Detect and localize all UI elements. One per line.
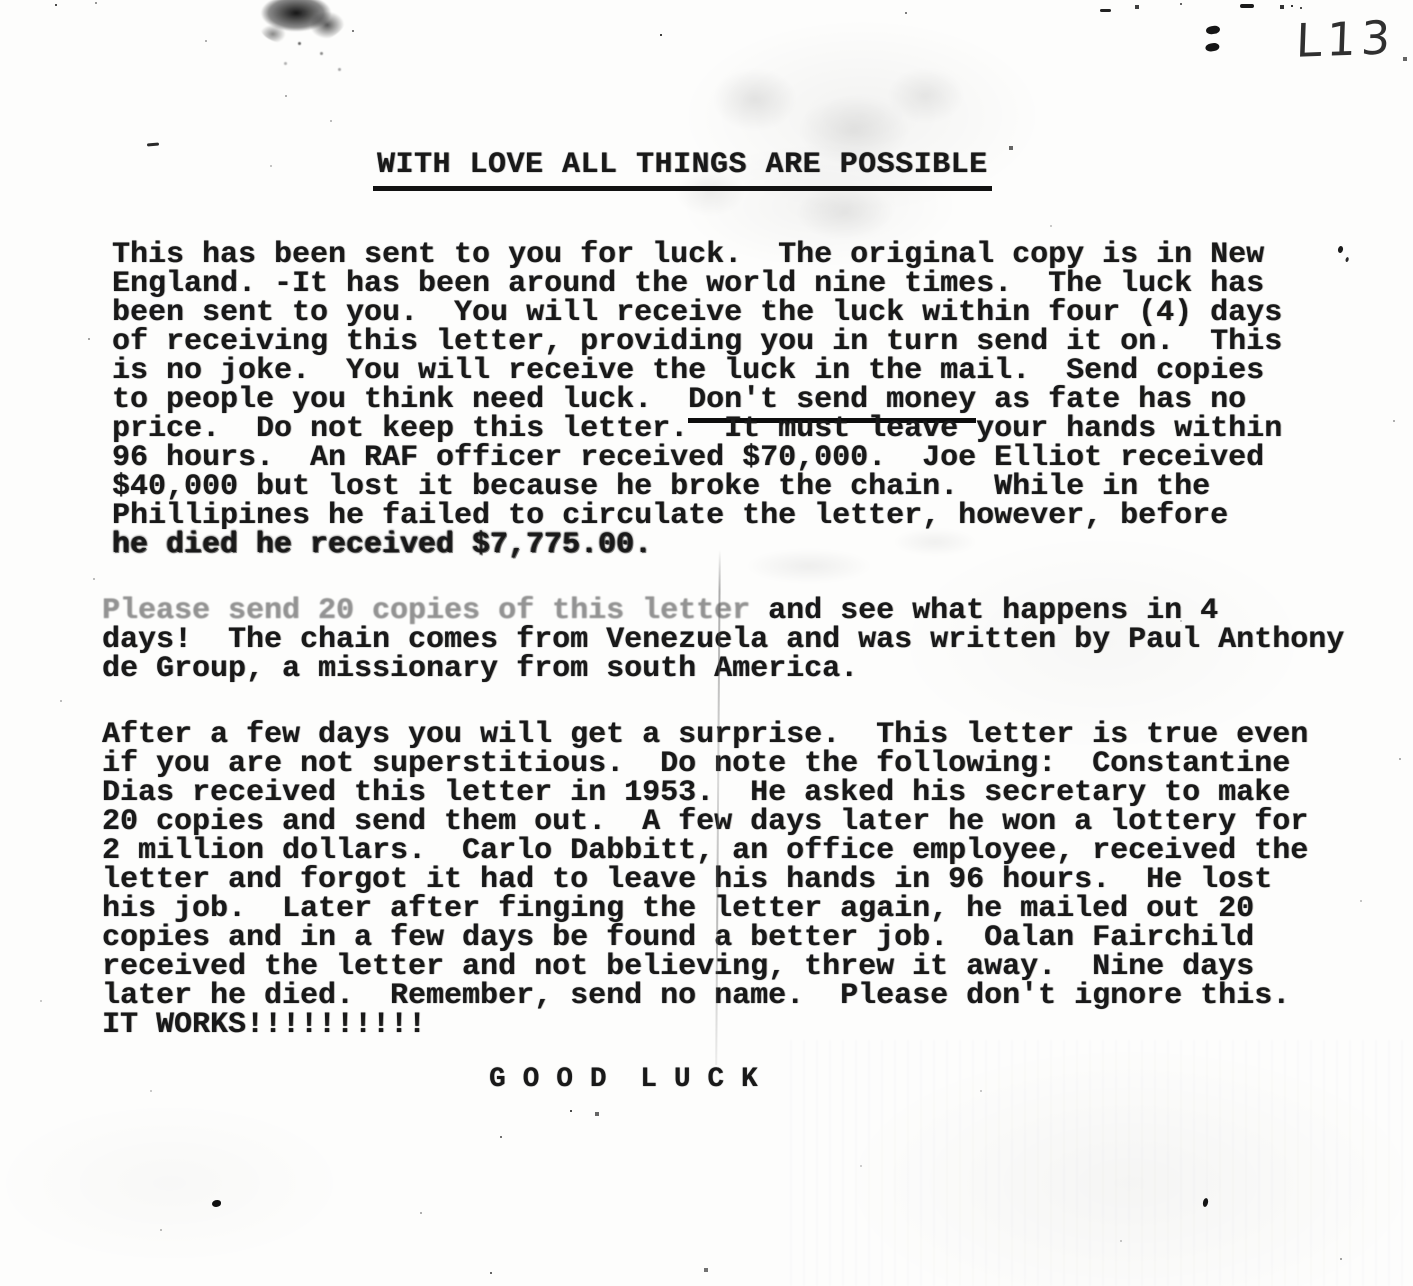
scanned-chain-letter-page: WITH LOVE ALL THINGS ARE POSSIBLE This h… <box>0 0 1413 1286</box>
closing-good-luck: G O O D L U C K <box>489 1064 758 1095</box>
ink-mark <box>1240 4 1254 8</box>
letter-body: This has been sent to you for luck. The … <box>102 241 1344 1077</box>
text-line: price. Do not keep this letter. It must … <box>112 415 1344 444</box>
text-line: Please send 20 copies of this letter and… <box>102 597 1344 626</box>
paragraph: This has been sent to you for luck. The … <box>112 241 1344 560</box>
text-line: copies and in a few days be found a bett… <box>102 924 1344 953</box>
text-line: de Group, a missionary from south Americ… <box>102 655 1344 684</box>
ink-ghost-patch <box>575 38 1025 243</box>
text-line: Phillipines he failed to circulate the l… <box>112 502 1344 531</box>
scan-specks <box>0 0 2 2</box>
text-line: his job. Later after finging the letter … <box>102 895 1344 924</box>
ink-mark <box>1202 1198 1209 1208</box>
text-line: 96 hours. An RAF officer received $70,00… <box>112 444 1344 473</box>
document-title: WITH LOVE ALL THINGS ARE POSSIBLE <box>373 148 992 191</box>
text-line: letter and forgot it had to leave his ha… <box>102 866 1344 895</box>
text-line: After a few days you will get a surprise… <box>102 721 1344 750</box>
text-line: been sent to you. You will receive the l… <box>112 299 1344 328</box>
paragraph: After a few days you will get a surprise… <box>102 721 1344 1040</box>
text-line: This has been sent to you for luck. The … <box>112 241 1344 270</box>
paragraph: Please send 20 copies of this letter and… <box>102 597 1344 684</box>
text-line: received the letter and not believing, t… <box>102 953 1344 982</box>
text-line: later he died. Remember, send no name. P… <box>102 982 1344 1011</box>
handwritten-page-code: L13 <box>1295 10 1396 68</box>
text-line: of receiving this letter, providing you … <box>112 328 1344 357</box>
text-line: 2 million dollars. Carlo Dabbitt, an off… <box>102 837 1344 866</box>
ink-mark <box>1206 25 1221 35</box>
ink-smudge <box>260 0 346 44</box>
text-line: if you are not superstitious. Do note th… <box>102 750 1344 779</box>
text-line: days! The chain comes from Venezuela and… <box>102 626 1344 655</box>
text-line: is no joke. You will receive the luck in… <box>112 357 1344 386</box>
text-line: to people you think need luck. Don't sen… <box>112 386 1344 415</box>
ink-mark <box>212 1200 221 1207</box>
ink-mark <box>147 142 159 146</box>
text-line: $40,000 but lost it because he broke the… <box>112 473 1344 502</box>
text-line: England. -It has been around the world n… <box>112 270 1344 299</box>
text-line: 20 copies and send them out. A few days … <box>102 808 1344 837</box>
text-line: Dias received this letter in 1953. He as… <box>102 779 1344 808</box>
text-line: he died he received $7,775.00. <box>112 531 1344 560</box>
ink-mark <box>1100 9 1111 12</box>
text-line: IT WORKS!!!!!!!!!! <box>102 1011 1344 1040</box>
